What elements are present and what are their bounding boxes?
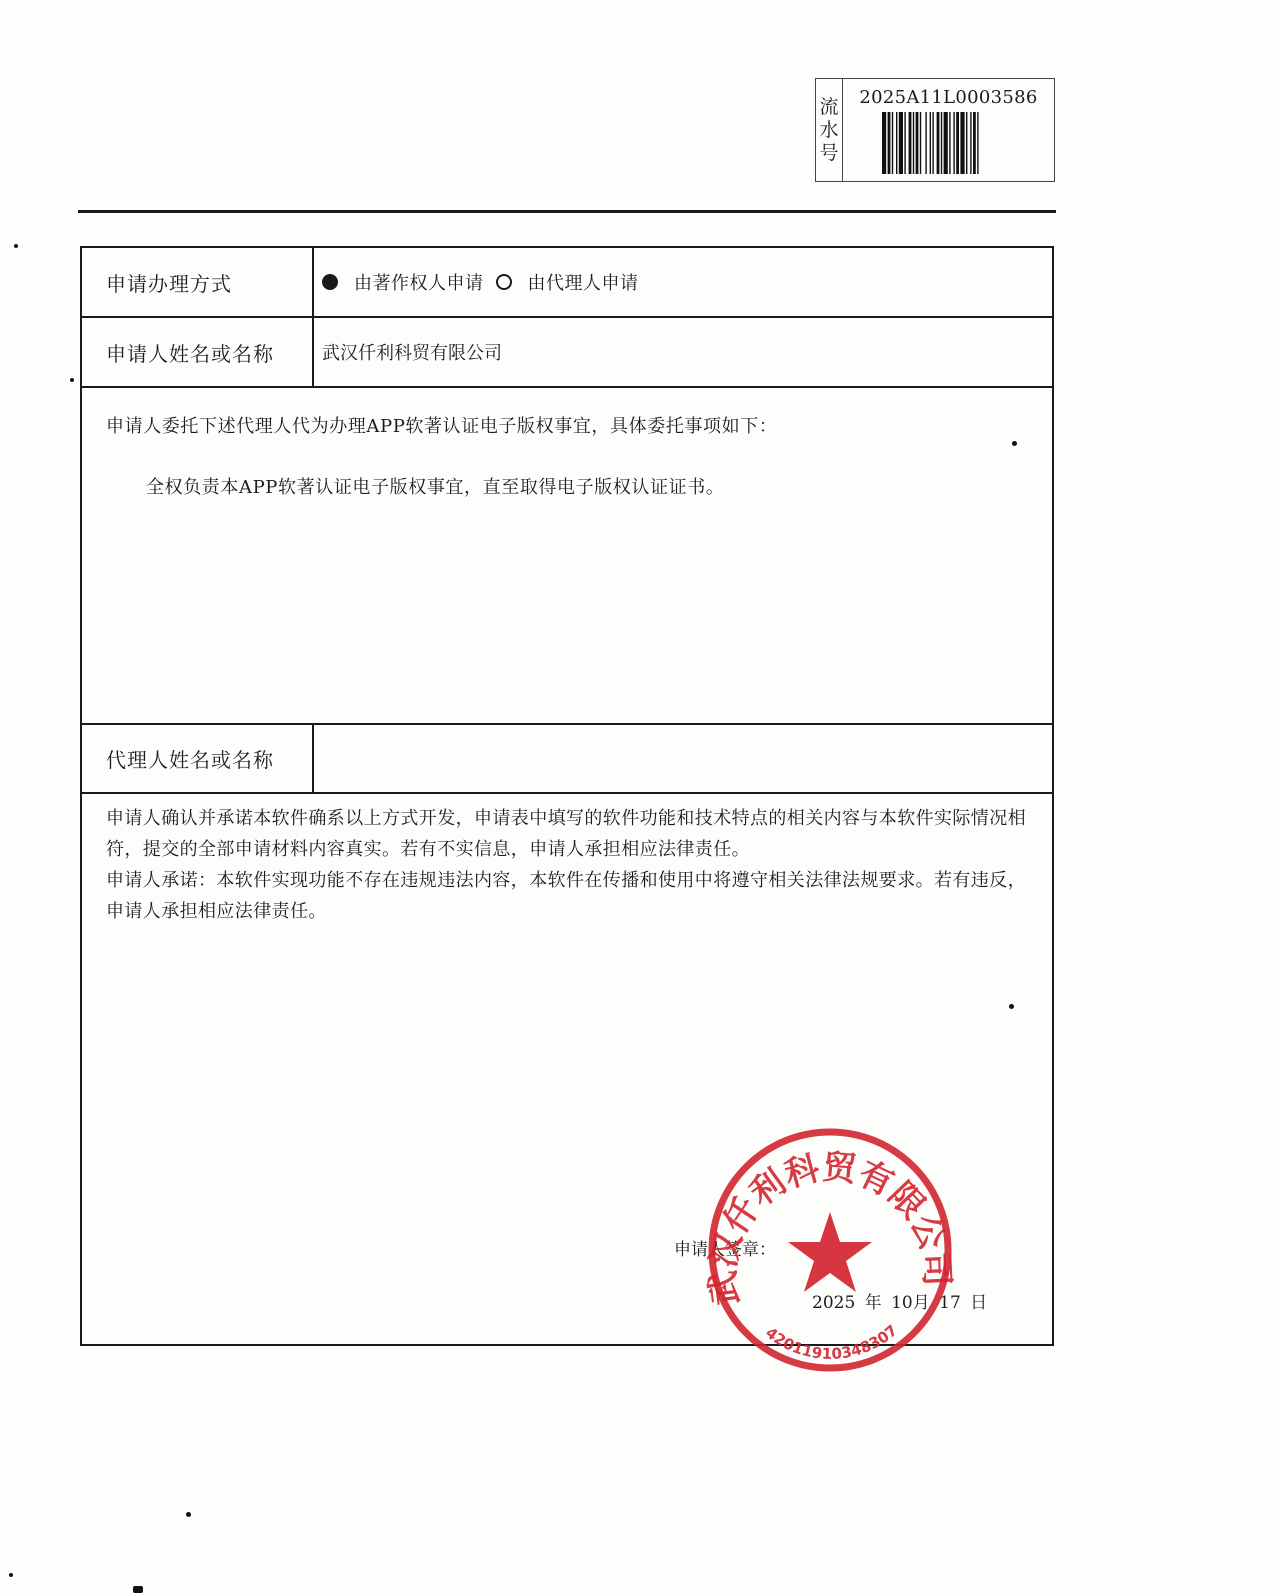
declaration-paragraph: 申请人确认并承诺本软件确系以上方式开发，申请表中填写的软件功能和技术特点的相关内… <box>106 803 1028 865</box>
date-day-unit: 日 <box>970 1293 987 1313</box>
radio-label-copyright-owner: 由著作权人申请 <box>354 269 484 295</box>
applicant-name-value: 武汉仟利科贸有限公司 <box>322 318 1052 386</box>
scan-speck <box>9 1573 13 1577</box>
header-divider <box>78 210 1056 213</box>
label-agent-name: 代理人姓名或名称 <box>82 725 314 792</box>
row-applicant-name: 申请人姓名或名称 武汉仟利科贸有限公司 <box>82 318 1052 388</box>
serial-number-box: 流 水 号 2025A11L0003586 <box>815 78 1055 182</box>
declaration-text: 申请人确认并承诺本软件确系以上方式开发，申请表中填写的软件功能和技术特点的相关内… <box>106 803 1028 927</box>
radio-label-agent: 由代理人申请 <box>528 269 639 295</box>
scan-speck <box>1012 441 1017 446</box>
serial-label-char: 号 <box>819 142 838 165</box>
radio-by-agent[interactable] <box>496 274 512 290</box>
serial-label: 流 水 号 <box>816 79 843 181</box>
scan-speck <box>133 1586 143 1593</box>
scan-speck <box>14 244 18 248</box>
serial-label-char: 水 <box>819 119 838 142</box>
barcode-icon <box>882 112 1016 174</box>
application-method-options: 由著作权人申请 由代理人申请 <box>322 248 1052 316</box>
serial-label-char: 流 <box>819 96 838 119</box>
scan-speck <box>70 378 74 382</box>
label-application-method: 申请办理方式 <box>82 248 314 316</box>
row-application-method: 申请办理方式 由著作权人申请 由代理人申请 <box>82 248 1052 318</box>
row-entrustment: 申请人委托下述代理人代为办理APP软著认证电子版权事宜，具体委托事项如下： 全权… <box>82 388 1052 725</box>
row-agent-name: 代理人姓名或名称 <box>82 725 1052 794</box>
scan-speck <box>1009 1004 1014 1009</box>
declaration-paragraph: 申请人承诺：本软件实现功能不存在违规违法内容，本软件在传播和使用中将遵守相关法律… <box>106 865 1028 927</box>
label-applicant-name: 申请人姓名或名称 <box>82 318 314 386</box>
entrustment-intro: 申请人委托下述代理人代为办理APP软著认证电子版权事宜，具体委托事项如下： <box>106 412 777 438</box>
company-seal-icon: 武汉仟利科贸有限公司 42011910348307 <box>700 1120 960 1380</box>
agent-name-value <box>322 725 1052 792</box>
scan-speck <box>186 1512 191 1517</box>
serial-number: 2025A11L0003586 <box>859 87 1037 108</box>
entrustment-detail: 全权负责本APP软著认证电子版权事宜，直至取得电子版权认证证书。 <box>146 473 724 499</box>
radio-by-copyright-owner[interactable] <box>322 274 338 290</box>
